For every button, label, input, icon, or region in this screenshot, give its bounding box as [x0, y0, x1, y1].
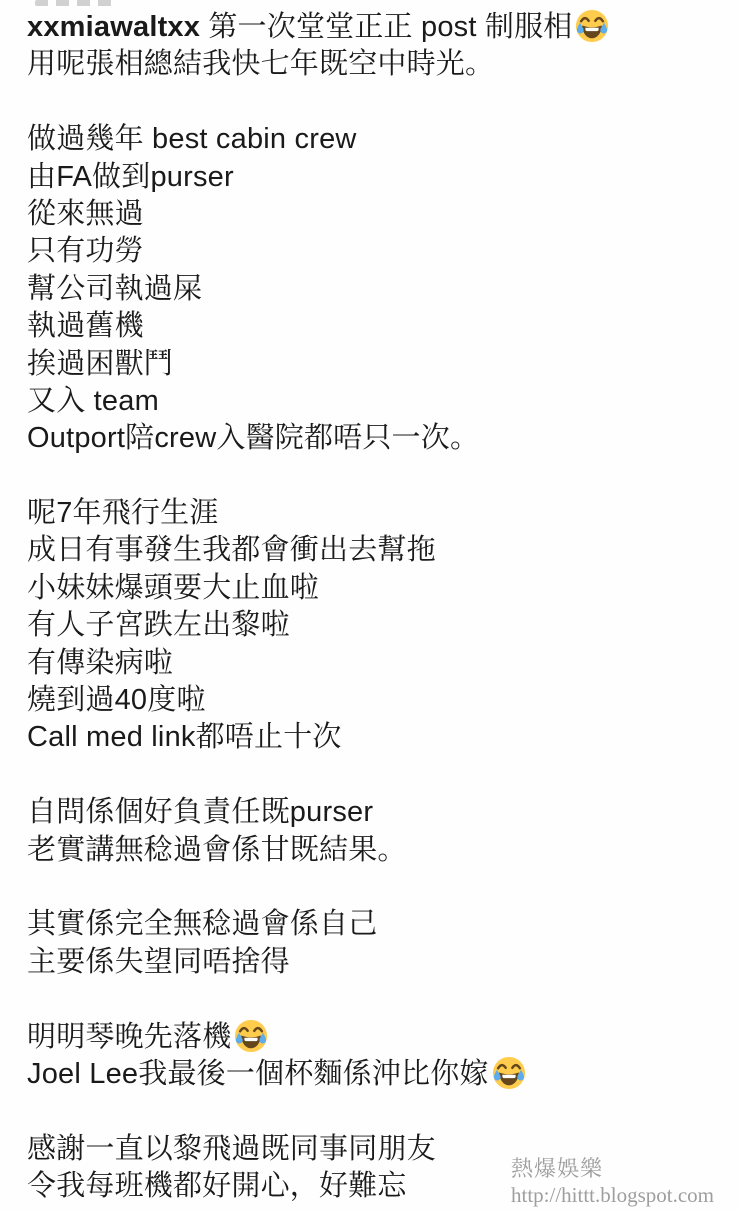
caption-blank-line [27, 981, 739, 1018]
caption-line: 成日有事發生我都會衝出去幫拖 [27, 532, 739, 569]
caption-line: 明明琴晚先落機 [27, 1019, 739, 1056]
caption-blank-line [27, 757, 739, 794]
caption-line: Joel Lee我最後一個杯麵係沖比你嫁 [27, 1056, 739, 1093]
caption-line: 其實係完全無稔過會係自己 [27, 906, 739, 943]
caption-line: 只有功勞 [27, 233, 739, 270]
caption-line: 挨過困獸鬥 [27, 346, 739, 383]
caption-line: 小妹妹爆頭要大止血啦 [27, 570, 739, 607]
caption-blank-line [27, 458, 739, 495]
caption-line: 有傳染病啦 [27, 645, 739, 682]
username-link[interactable]: xxmiawaltxx [27, 11, 200, 43]
joy-emoji-icon [575, 9, 609, 43]
caption-line: 從來無過 [27, 196, 739, 233]
caption-blank-line [27, 84, 739, 121]
site-watermark: 熱爆娛樂 http://hittt.blogspot.com [511, 1155, 714, 1208]
caption-text: Joel Lee我最後一個杯麵係沖比你嫁 [27, 1058, 489, 1090]
cutoff-text-fragment [35, 0, 113, 6]
joy-emoji-icon [492, 1056, 526, 1090]
caption-line: 燒到過40度啦 [27, 682, 739, 719]
caption-text: 第一次堂堂正正 post 制服相 [200, 11, 572, 43]
caption-line: 呢7年飛行生涯 [27, 495, 739, 532]
caption-line: 執過舊機 [27, 308, 739, 345]
caption-line: 由FA做到purser [27, 159, 739, 196]
caption-line: 自問係個好負責任既purser [27, 794, 739, 831]
caption-line: xxmiawaltxx 第一次堂堂正正 post 制服相 [27, 9, 739, 46]
caption-line: 用呢張相總結我快七年既空中時光。 [27, 46, 739, 83]
joy-emoji-icon [234, 1019, 268, 1053]
watermark-site-name: 熱爆娛樂 [511, 1155, 714, 1182]
caption-line: Outport陪crew入醫院都唔只一次。 [27, 420, 739, 457]
caption-line: 幫公司執過屎 [27, 271, 739, 308]
caption-line: 又入 team [27, 383, 739, 420]
post-caption: xxmiawaltxx 第一次堂堂正正 post 制服相 用呢張相總結我快七年既… [27, 9, 739, 1206]
caption-text: 明明琴晚先落機 [27, 1021, 231, 1053]
watermark-site-url: http://hittt.blogspot.com [511, 1182, 714, 1208]
caption-line: 做過幾年 best cabin crew [27, 121, 739, 158]
caption-line: 有人子宮跌左出黎啦 [27, 607, 739, 644]
caption-line: 主要係失望同唔捨得 [27, 944, 739, 981]
caption-blank-line [27, 869, 739, 906]
caption-blank-line [27, 1093, 739, 1130]
caption-line: Call med link都唔止十次 [27, 719, 739, 756]
caption-line: 老實講無稔過會係甘既結果。 [27, 832, 739, 869]
